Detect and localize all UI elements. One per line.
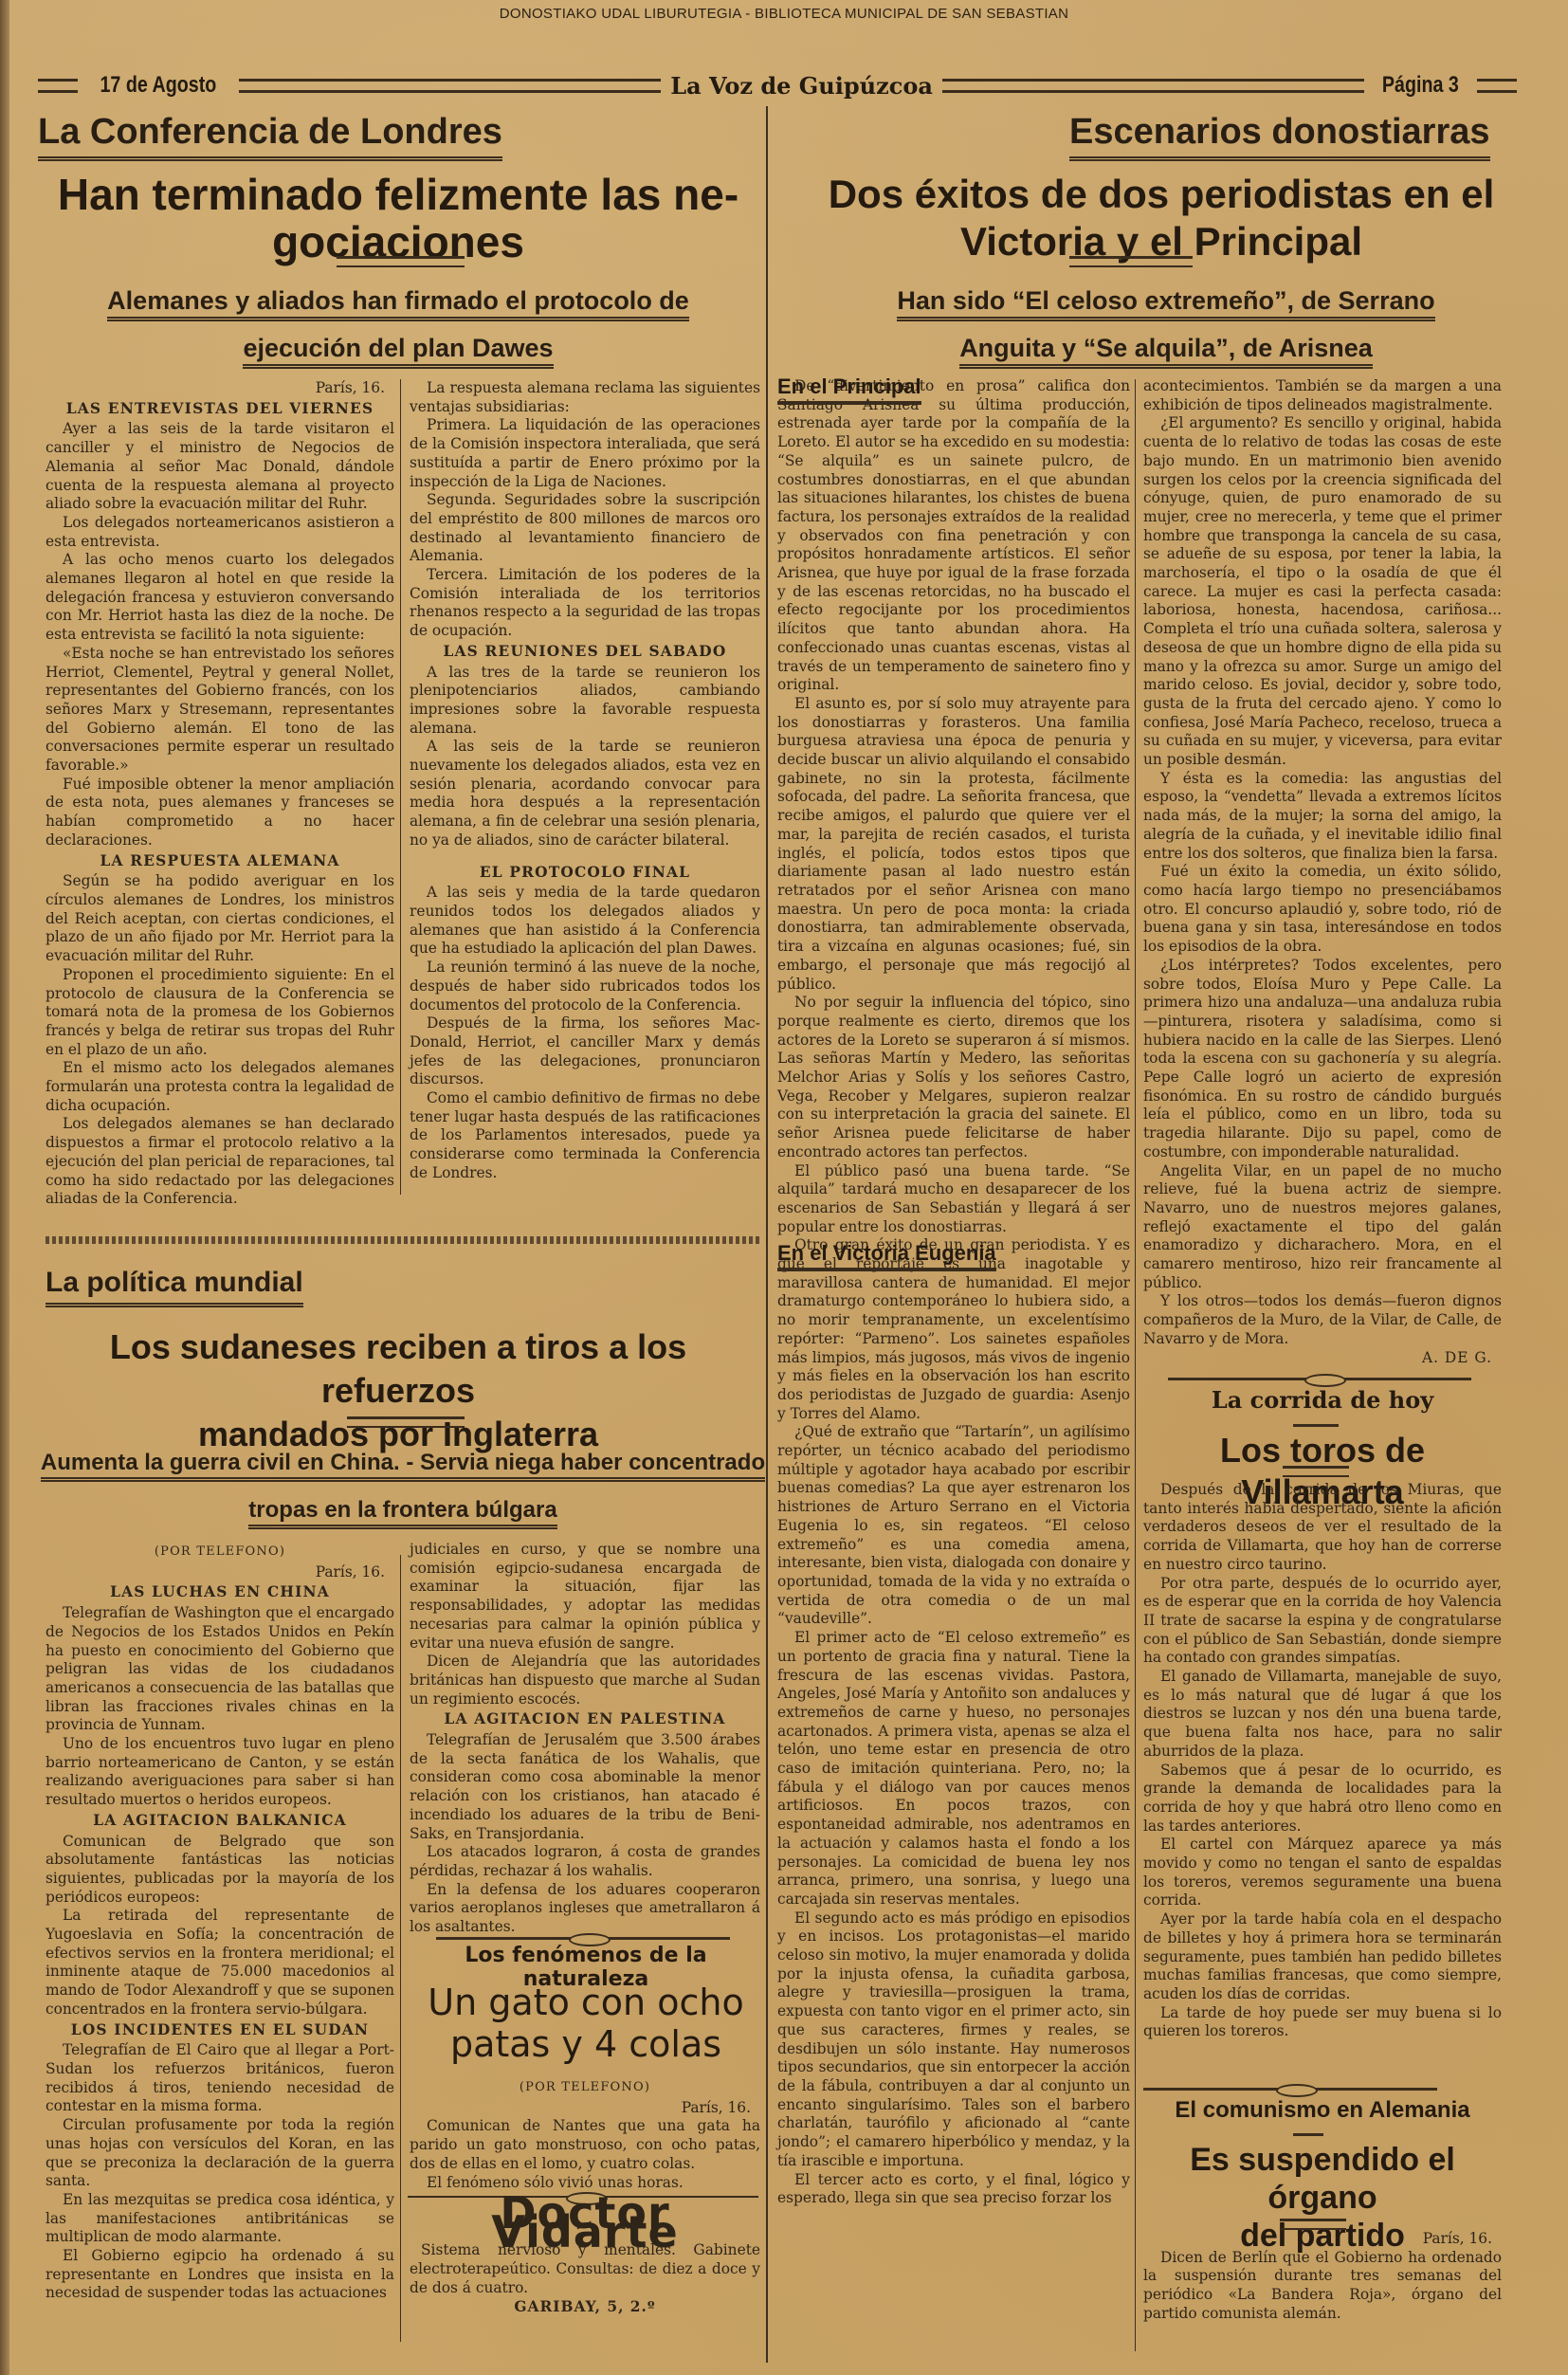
paragraph: Los delegados norteamericanos asistieron… <box>46 514 394 551</box>
headline-mundial: Los sudaneses reciben a tiros a los refu… <box>28 1325 768 1456</box>
paragraph: La reunión terminó á las nueve de la noc… <box>410 959 760 1014</box>
paragraph: A las seis y media de la tarde quedaron … <box>410 884 760 959</box>
dateline: París, 16. <box>46 1563 394 1582</box>
paragraph: Telegrafían de El Cairo que al llegar a … <box>46 2041 394 2116</box>
paragraph: Según se ha podido averiguar en los círc… <box>46 872 394 966</box>
paragraph: A las tres de la tarde se reunieron los … <box>410 664 760 739</box>
paragraph: ¿El argumento? Es sencillo y original, h… <box>1143 414 1502 769</box>
paragraph: El público pasó una buena tarde. “Se alq… <box>777 1162 1130 1237</box>
paragraph: Segunda. Seguridades sobre la suscripció… <box>410 491 760 566</box>
column-divider <box>1135 379 1136 2351</box>
article-mundial-col1: (POR TELEFONO) París, 16. LAS LUCHAS EN … <box>46 1541 394 2303</box>
deck-mundial: Aumenta la guerra civil en China. - Serv… <box>38 1439 768 1534</box>
headline-rule <box>1293 1424 1339 1429</box>
library-banner: DONOSTIAKO UDAL LIBURUTEGIA - BIBLIOTECA… <box>0 6 1568 22</box>
masthead-rule <box>1477 79 1517 93</box>
subhead: LAS REUNIONES DEL SABADO <box>410 643 760 662</box>
ad-address: GARIBAY, 5, 2.º <box>410 2298 760 2317</box>
article-toros: Después de la corrida de los Miuras, que… <box>1143 1481 1502 2041</box>
section-kicker-londres: La Conferencia de Londres <box>38 112 502 161</box>
paragraph: Telegrafían de Washington que el encarga… <box>46 1604 394 1735</box>
paragraph: La retirada del representante de Yugoesl… <box>46 1907 394 2019</box>
paragraph: Uno de los encuentros tuvo lugar en plen… <box>46 1735 394 1810</box>
paragraph: La respuesta alemana reclama las siguien… <box>410 379 760 416</box>
masthead-rule <box>942 79 1364 93</box>
section-kicker-mundial: La política mundial <box>46 1267 303 1307</box>
article-mundial-col2: judiciales en curso, y que se nombre una… <box>410 1541 760 1937</box>
paragraph: Los atacados lograron, á costa de grande… <box>410 1843 760 1880</box>
paragraph: No por seguir la influencia del tópico, … <box>777 994 1130 1161</box>
paragraph: El segundo acto es más pródigo en episod… <box>777 1909 1130 2171</box>
subhead: EL PROTOCOLO FINAL <box>410 864 760 883</box>
author-signature: A. DE G. <box>1143 1349 1502 1368</box>
subhead: LA AGITACION BALKANICA <box>46 1812 394 1831</box>
deck-escenarios: Han sido “El celoso extremeño”, de Serra… <box>787 277 1545 372</box>
paragraph: Y ésta es la comedia: las angustias del … <box>1143 770 1502 864</box>
paragraph: La tarde de hoy puede ser muy buena si l… <box>1143 2004 1502 2041</box>
masthead-rule <box>38 79 78 93</box>
paragraph: Telegrafían de Jerusalém que 3.500 árabe… <box>410 1731 760 1843</box>
paragraph: Proponen el procedimiento siguiente: En … <box>46 966 394 1060</box>
paragraph: Los delegados alemanes se han declarado … <box>46 1115 394 1209</box>
advertisement-doctor-vidarte: Doctor Vidarte Sistema nervioso y mental… <box>410 2204 760 2316</box>
paragraph: Fué imposible obtener la menor ampliació… <box>46 776 394 850</box>
section-kicker-toros: La corrida de hoy <box>1143 1386 1502 1414</box>
paragraph: El asunto es, por sí solo muy atrayente … <box>777 695 1130 994</box>
paragraph: Sabemos que á pesar de lo ocurrido, es g… <box>1143 1762 1502 1836</box>
article-londres-col2: La respuesta alemana reclama las siguien… <box>410 379 760 1183</box>
masthead-newspaper-name: La Voz de Guipúzcoa <box>670 72 933 100</box>
subhead: LOS INCIDENTES EN EL SUDAN <box>46 2021 394 2040</box>
headline-londres: Han terminado felizmente las ne-gociacio… <box>28 171 768 265</box>
column-divider <box>766 106 768 2363</box>
paragraph: Primera. La liquidación de las operacion… <box>410 416 760 491</box>
ornamental-rule <box>1168 1378 1471 1380</box>
article-comunismo: París, 16. Dicen de Berlín que el Gobier… <box>1143 2230 1502 2324</box>
paragraph: Comunican de Belgrado que son absolutame… <box>46 1833 394 1908</box>
paragraph: El Gobierno egipcio ha ordenado á su rep… <box>46 2247 394 2303</box>
paragraph: En el mismo acto los delegados alemanes … <box>46 1059 394 1115</box>
por-telefono-label: (POR TELEFONO) <box>46 1543 394 1562</box>
article-londres-col1: París, 16. LAS ENTREVISTAS DEL VIERNES A… <box>46 379 394 1209</box>
paragraph: Angelita Vilar, en un papel de no mucho … <box>1143 1162 1502 1293</box>
section-kicker-comunismo: El comunismo en Alemania <box>1143 2097 1502 2124</box>
paragraph: Por otra parte, después de lo ocurrido a… <box>1143 1575 1502 1669</box>
headline-gato: Un gato con ochopatas y 4 colas <box>406 1982 766 2065</box>
headline-rule <box>1280 2219 1346 2230</box>
page-binding-edge <box>0 0 9 2375</box>
headline-rule <box>1069 256 1193 267</box>
headline-rule <box>337 256 465 267</box>
paragraph: Como el cambio definitivo de firmas no d… <box>410 1089 760 1183</box>
dateline: París, 16. <box>1143 2230 1502 2249</box>
ornamental-rule <box>1143 2088 1437 2091</box>
headline-rule <box>1293 2133 1323 2138</box>
masthead: 17 de Agosto La Voz de Guipúzcoa Página … <box>28 66 1526 104</box>
subhead: LA AGITACION EN PALESTINA <box>410 1710 760 1729</box>
masthead-rule <box>239 79 661 93</box>
article-gato: (POR TELEFONO) París, 16. Comunican de N… <box>410 2076 760 2192</box>
wavy-divider <box>46 1236 761 1244</box>
paragraph: Comunican de Nantes que una gata ha pari… <box>410 2117 760 2173</box>
paragraph: A las ocho menos cuarto los delegados al… <box>46 551 394 645</box>
paragraph: Después de la corrida de los Miuras, que… <box>1143 1481 1502 1575</box>
paragraph: El ganado de Villamarta, manejable de su… <box>1143 1668 1502 1762</box>
paragraph: ¿Qué de extraño que “Tartarín”, un agilí… <box>777 1423 1130 1629</box>
headline-rule <box>347 1416 465 1428</box>
paragraph: «Esta noche se han entrevistado los seño… <box>46 645 394 776</box>
headline-rule <box>1283 1466 1349 1477</box>
paragraph: Circulan profusamente por toda la región… <box>46 2116 394 2191</box>
dateline: París, 16. <box>46 379 394 398</box>
paragraph: Y los otros—todos los demás—fueron digno… <box>1143 1292 1502 1348</box>
subhead: LA RESPUESTA ALEMANA <box>46 852 394 871</box>
section-en-el-victoria-eugenia: En el Victoria Eugenia <box>777 1244 996 1263</box>
paragraph: El primer acto de “El celoso extremeño” … <box>777 1629 1130 1909</box>
paragraph: De “divertimiento en prosa” califica don… <box>777 377 1130 695</box>
paragraph: En la defensa de los aduares cooperaron … <box>410 1881 760 1937</box>
paragraph: El tercer acto es corto, y el final, lóg… <box>777 2171 1130 2208</box>
paragraph: A las seis de la tarde se reunieron nuev… <box>410 738 760 850</box>
paragraph: Después de la firma, los señores Mac-Don… <box>410 1014 760 1089</box>
subhead: LAS LUCHAS EN CHINA <box>46 1583 394 1602</box>
paragraph: Tercera. Limitación de los poderes de la… <box>410 566 760 641</box>
article-escenarios-col4: acontecimientos. También se da margen a … <box>1143 377 1502 1367</box>
paragraph: En las mezquitas se predica cosa idéntic… <box>46 2191 394 2247</box>
section-kicker-escenarios: Escenarios donostiarras <box>1069 112 1490 161</box>
paragraph: Dicen de Alejandría que las autoridades … <box>410 1653 760 1708</box>
masthead-date: 17 de Agosto <box>100 72 216 99</box>
column-divider <box>400 1555 401 2342</box>
subhead: LAS ENTREVISTAS DEL VIERNES <box>46 400 394 419</box>
masthead-page-number: Página 3 <box>1382 72 1459 99</box>
ornamental-rule <box>436 1937 730 1940</box>
paragraph: Dicen de Berlín que el Gobierno ha orden… <box>1143 2249 1502 2324</box>
article-escenarios-col3: En el Principal De “divertimiento en pro… <box>777 377 1130 2208</box>
paragraph: Ayer a las seis de la tarde visitaron el… <box>46 420 394 514</box>
ad-title: Doctor Vidarte <box>410 2204 760 2241</box>
paragraph: judiciales en curso, y que se nombre una… <box>410 1541 760 1653</box>
paragraph: Ayer por la tarde había cola en el despa… <box>1143 1910 1502 2004</box>
deck-londres: Alemanes y aliados han firmado el protoc… <box>38 277 758 372</box>
paragraph: Fué un éxito la comedia, un éxito sólido… <box>1143 863 1502 957</box>
dateline: París, 16. <box>410 2099 760 2118</box>
paragraph: acontecimientos. También se da margen a … <box>1143 377 1502 414</box>
column-divider <box>400 379 401 1195</box>
ad-body: Sistema nervioso y mentales. Gabinete el… <box>410 2241 760 2297</box>
headline-escenarios: Dos éxitos de dos periodistas en elVicto… <box>773 171 1550 265</box>
section-en-el-principal: En el Principal <box>777 377 921 396</box>
paragraph: ¿Los intérpretes? Todos excelentes, pero… <box>1143 957 1502 1162</box>
por-telefono-label: (POR TELEFONO) <box>410 2078 760 2097</box>
paragraph: El cartel con Márquez aparece ya más mov… <box>1143 1836 1502 1910</box>
